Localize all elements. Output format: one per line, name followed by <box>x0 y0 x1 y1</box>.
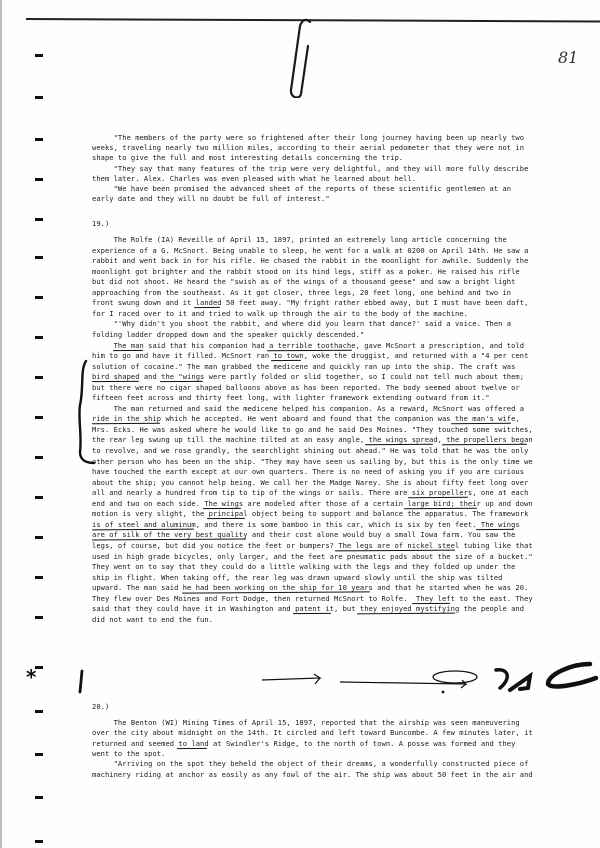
text-line: about the ship; you cannot help being. W… <box>92 478 528 487</box>
text-line: returned and seemed to land at Swindler'… <box>92 739 515 748</box>
text-line: is of steel and aluminum, and there is s… <box>92 520 520 529</box>
text-line: experience of a G. McSnort. Being unable… <box>92 246 528 255</box>
text-line: said that they could have it in Washingt… <box>92 604 524 613</box>
text-line: "The members of the party were so fright… <box>92 133 524 142</box>
text-line: folding ladder dropped down and the spea… <box>92 330 364 339</box>
underline-mark <box>357 613 455 615</box>
text-line: fifteen feet across and thirty feet long… <box>92 393 490 402</box>
text-line: They flew over Des Moines and Fort Dodge… <box>92 594 533 603</box>
text-line: They went on to say that they could do a… <box>92 562 515 571</box>
text-line: other person who has been on the ship. "… <box>92 457 533 466</box>
text-line: "'Why didn't you shoot the rabbit, and w… <box>92 319 511 328</box>
underline-mark <box>177 747 207 749</box>
document-page: 81 "The members of the party were so fri… <box>0 0 600 848</box>
text-line: over the city about midnight on the 14th… <box>92 728 533 737</box>
text-line: them later. Alex. Charles was even pleas… <box>92 174 416 183</box>
text-line: have touched the earth except at our own… <box>92 467 524 476</box>
underline-mark <box>293 613 331 615</box>
text-line: the rear leg swung up till the machine t… <box>92 435 533 444</box>
text-line: used in high grade bicycles, only larger… <box>92 552 533 561</box>
text-line: did not want to end the fun. <box>92 615 213 624</box>
margin-asterisk: * <box>26 673 37 682</box>
text-line: to revolve, and we rose grandly, the sea… <box>92 446 528 455</box>
text-line: early date and they will no doubt be ful… <box>92 194 330 203</box>
text-line: rabbit and went back in for his rifle. H… <box>92 256 528 265</box>
text-line: ship in flight. When taking off, the rea… <box>92 573 502 582</box>
text-line: solution of cocaine." The man grabbed th… <box>92 362 515 371</box>
text-line: front swung down and it landed 50 feet a… <box>92 298 528 307</box>
text-line: "They say that many features of the trip… <box>92 164 528 173</box>
text-line: "We have been promised the advanced shee… <box>92 184 511 193</box>
text-line: The man returned and said the medicene h… <box>92 404 524 413</box>
text-line: motion is very slight, the principal obj… <box>92 509 528 518</box>
text-line: moonlight got brighter and the rabbit st… <box>92 267 520 276</box>
section-number: 19.) <box>92 219 109 228</box>
text-line: Mrs. Ecks. He was asked where he would l… <box>92 425 533 434</box>
text-line: went to the spot. <box>92 749 165 758</box>
text-line: are of silk of the very best quality and… <box>92 530 515 539</box>
text-line: shape to give the full and most interest… <box>92 153 403 162</box>
text-line: but did not shoot. He heard the "swish a… <box>92 277 515 286</box>
typed-text-body: "The members of the party were so fright… <box>0 0 600 848</box>
text-line: machinery riding at anchor as easily as … <box>92 770 533 779</box>
text-line: The Benton (WI) Mining Times of April 15… <box>92 718 520 727</box>
text-line: weeks, traveling nearly two million mile… <box>92 143 524 152</box>
text-line: him to go and have it filled. McSnort ra… <box>92 351 528 360</box>
text-line: legs, of course, but did you notice the … <box>92 541 533 550</box>
section-number: 20.) <box>92 702 109 711</box>
text-line: approaching from the southeast. As it go… <box>92 288 511 297</box>
text-line: The man said that his companion had a te… <box>92 341 524 350</box>
text-line: The Rolfe (IA) Reveille of April 15, 189… <box>92 235 507 244</box>
text-line: end and two on each side. The wings are … <box>92 499 533 508</box>
text-line: for I raced over to it and tried to walk… <box>92 309 468 318</box>
text-line: but there were no cigar shaped balloons … <box>92 383 520 392</box>
text-line: bird shaped and the "wings were partly f… <box>92 372 524 381</box>
text-line: "Arriving on the spot they beheld the ob… <box>92 759 528 768</box>
